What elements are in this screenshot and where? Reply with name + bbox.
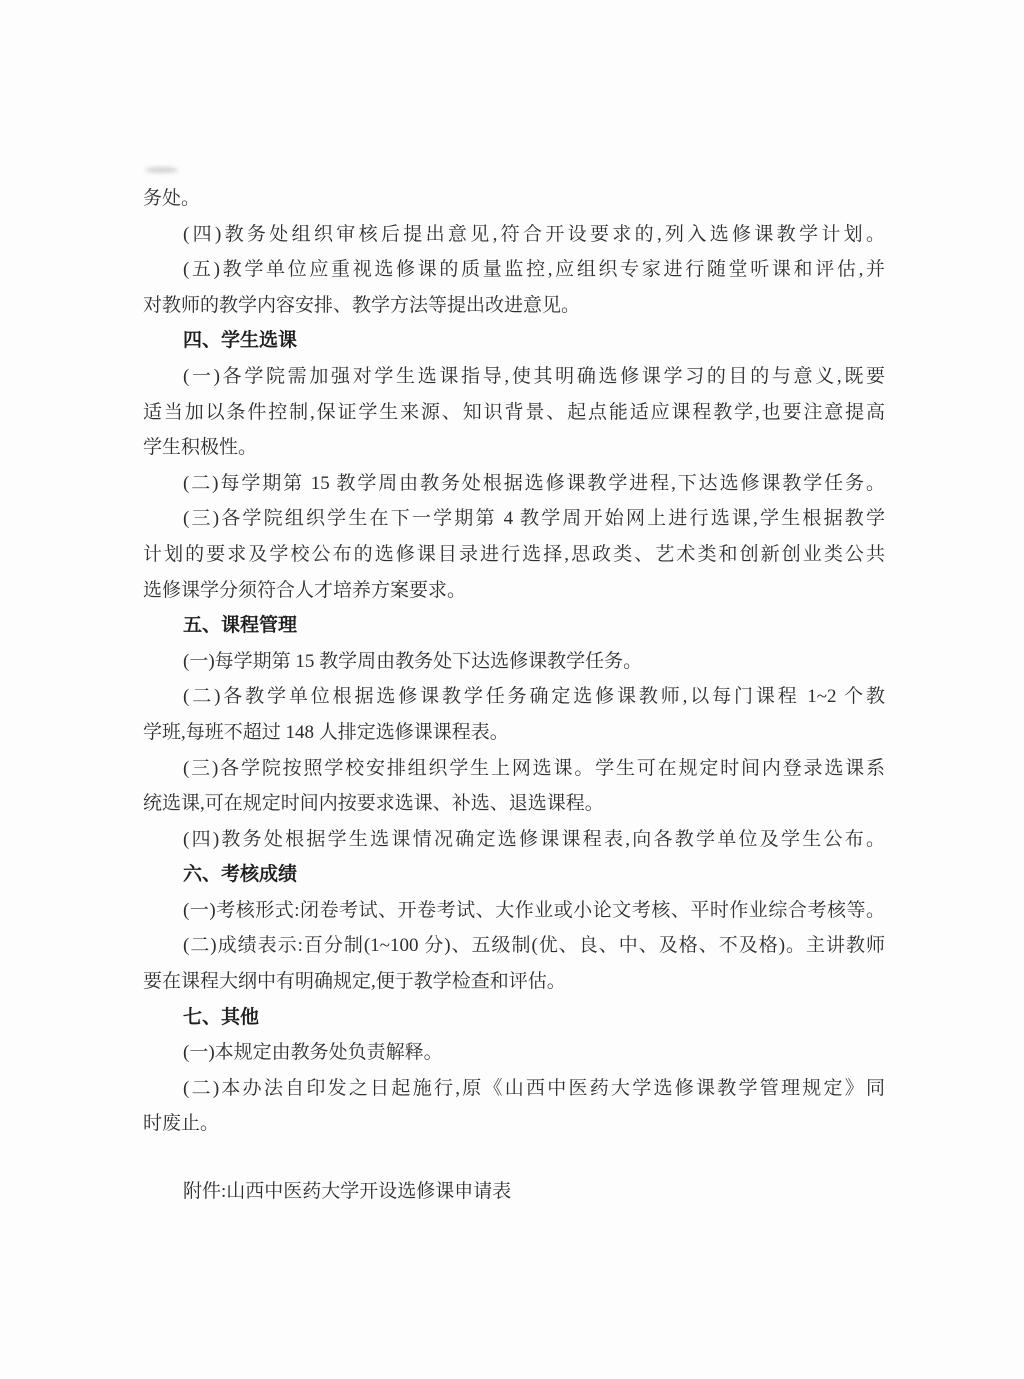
text-line: 学生积极性。 (143, 430, 885, 466)
text-line: (一)考核形式:闭卷考试、开卷考试、大作业或小论文考核、平时作业综合考核等。 (143, 893, 885, 929)
section-heading-6: 六、考核成绩 (143, 857, 885, 893)
text-line: 对教师的教学内容安排、教学方法等提出改进意见。 (143, 288, 885, 324)
text-line: (二)成绩表示:百分制(1~100 分)、五级制(优、良、中、及格、不及格)。主… (143, 928, 885, 964)
section-heading-4: 四、学生选课 (143, 323, 885, 359)
text-line: 学班,每班不超过 148 人排定选修课课程表。 (143, 715, 885, 751)
text-line: (三)各学院按照学校安排组织学生上网选课。学生可在规定时间内登录选课系 (143, 751, 885, 787)
text-line: (四)教务处组织审核后提出意见,符合开设要求的,列入选修课教学计划。 (143, 217, 885, 253)
text-line: (一)本规定由教务处负责解释。 (143, 1035, 885, 1071)
text-line: 要在课程大纲中有明确规定,便于教学检查和评估。 (143, 964, 885, 1000)
text-line: 选修课学分须符合人才培养方案要求。 (143, 573, 885, 609)
attachment-note: 附件:山西中医药大学开设选修课申请表 (143, 1174, 885, 1210)
section-heading-7: 七、其他 (143, 1000, 885, 1036)
document-page: 务处。 (四)教务处组织审核后提出意见,符合开设要求的,列入选修课教学计划。 (… (0, 0, 1024, 1379)
text-line: (二)各教学单位根据选修课教学任务确定选修课教师,以每门课程 1~2 个教 (143, 679, 885, 715)
text-line: 时废止。 (143, 1106, 885, 1142)
text-line: 适当加以条件控制,保证学生来源、知识背景、起点能适应课程教学,也要注意提高 (143, 395, 885, 431)
text-line: (五)教学单位应重视选修课的质量监控,应组织专家进行随堂听课和评估,并 (143, 252, 885, 288)
text-line: (二)每学期第 15 教学周由教务处根据选修课教学进程,下达选修课教学任务。 (143, 466, 885, 502)
document-body: 务处。 (四)教务处组织审核后提出意见,符合开设要求的,列入选修课教学计划。 (… (143, 181, 885, 1210)
text-line: (二)本办法自印发之日起施行,原《山西中医药大学选修课教学管理规定》同 (143, 1071, 885, 1107)
scan-smudge-artifact (145, 167, 178, 173)
text-line: (四)教务处根据学生选课情况确定选修课课程表,向各教学单位及学生公布。 (143, 822, 885, 858)
text-line: 计划的要求及学校公布的选修课目录进行选择,思政类、艺术类和创新创业类公共 (143, 537, 885, 573)
text-line: (一)各学院需加强对学生选课指导,使其明确选修课学习的目的与意义,既要 (143, 359, 885, 395)
text-line: (三)各学院组织学生在下一学期第 4 教学周开始网上进行选课,学生根据教学 (143, 501, 885, 537)
section-heading-5: 五、课程管理 (143, 608, 885, 644)
text-line: 统选课,可在规定时间内按要求选课、补选、退选课程。 (143, 786, 885, 822)
text-line: (一)每学期第 15 教学周由教务处下达选修课教学任务。 (143, 644, 885, 680)
text-line: 务处。 (143, 181, 885, 217)
